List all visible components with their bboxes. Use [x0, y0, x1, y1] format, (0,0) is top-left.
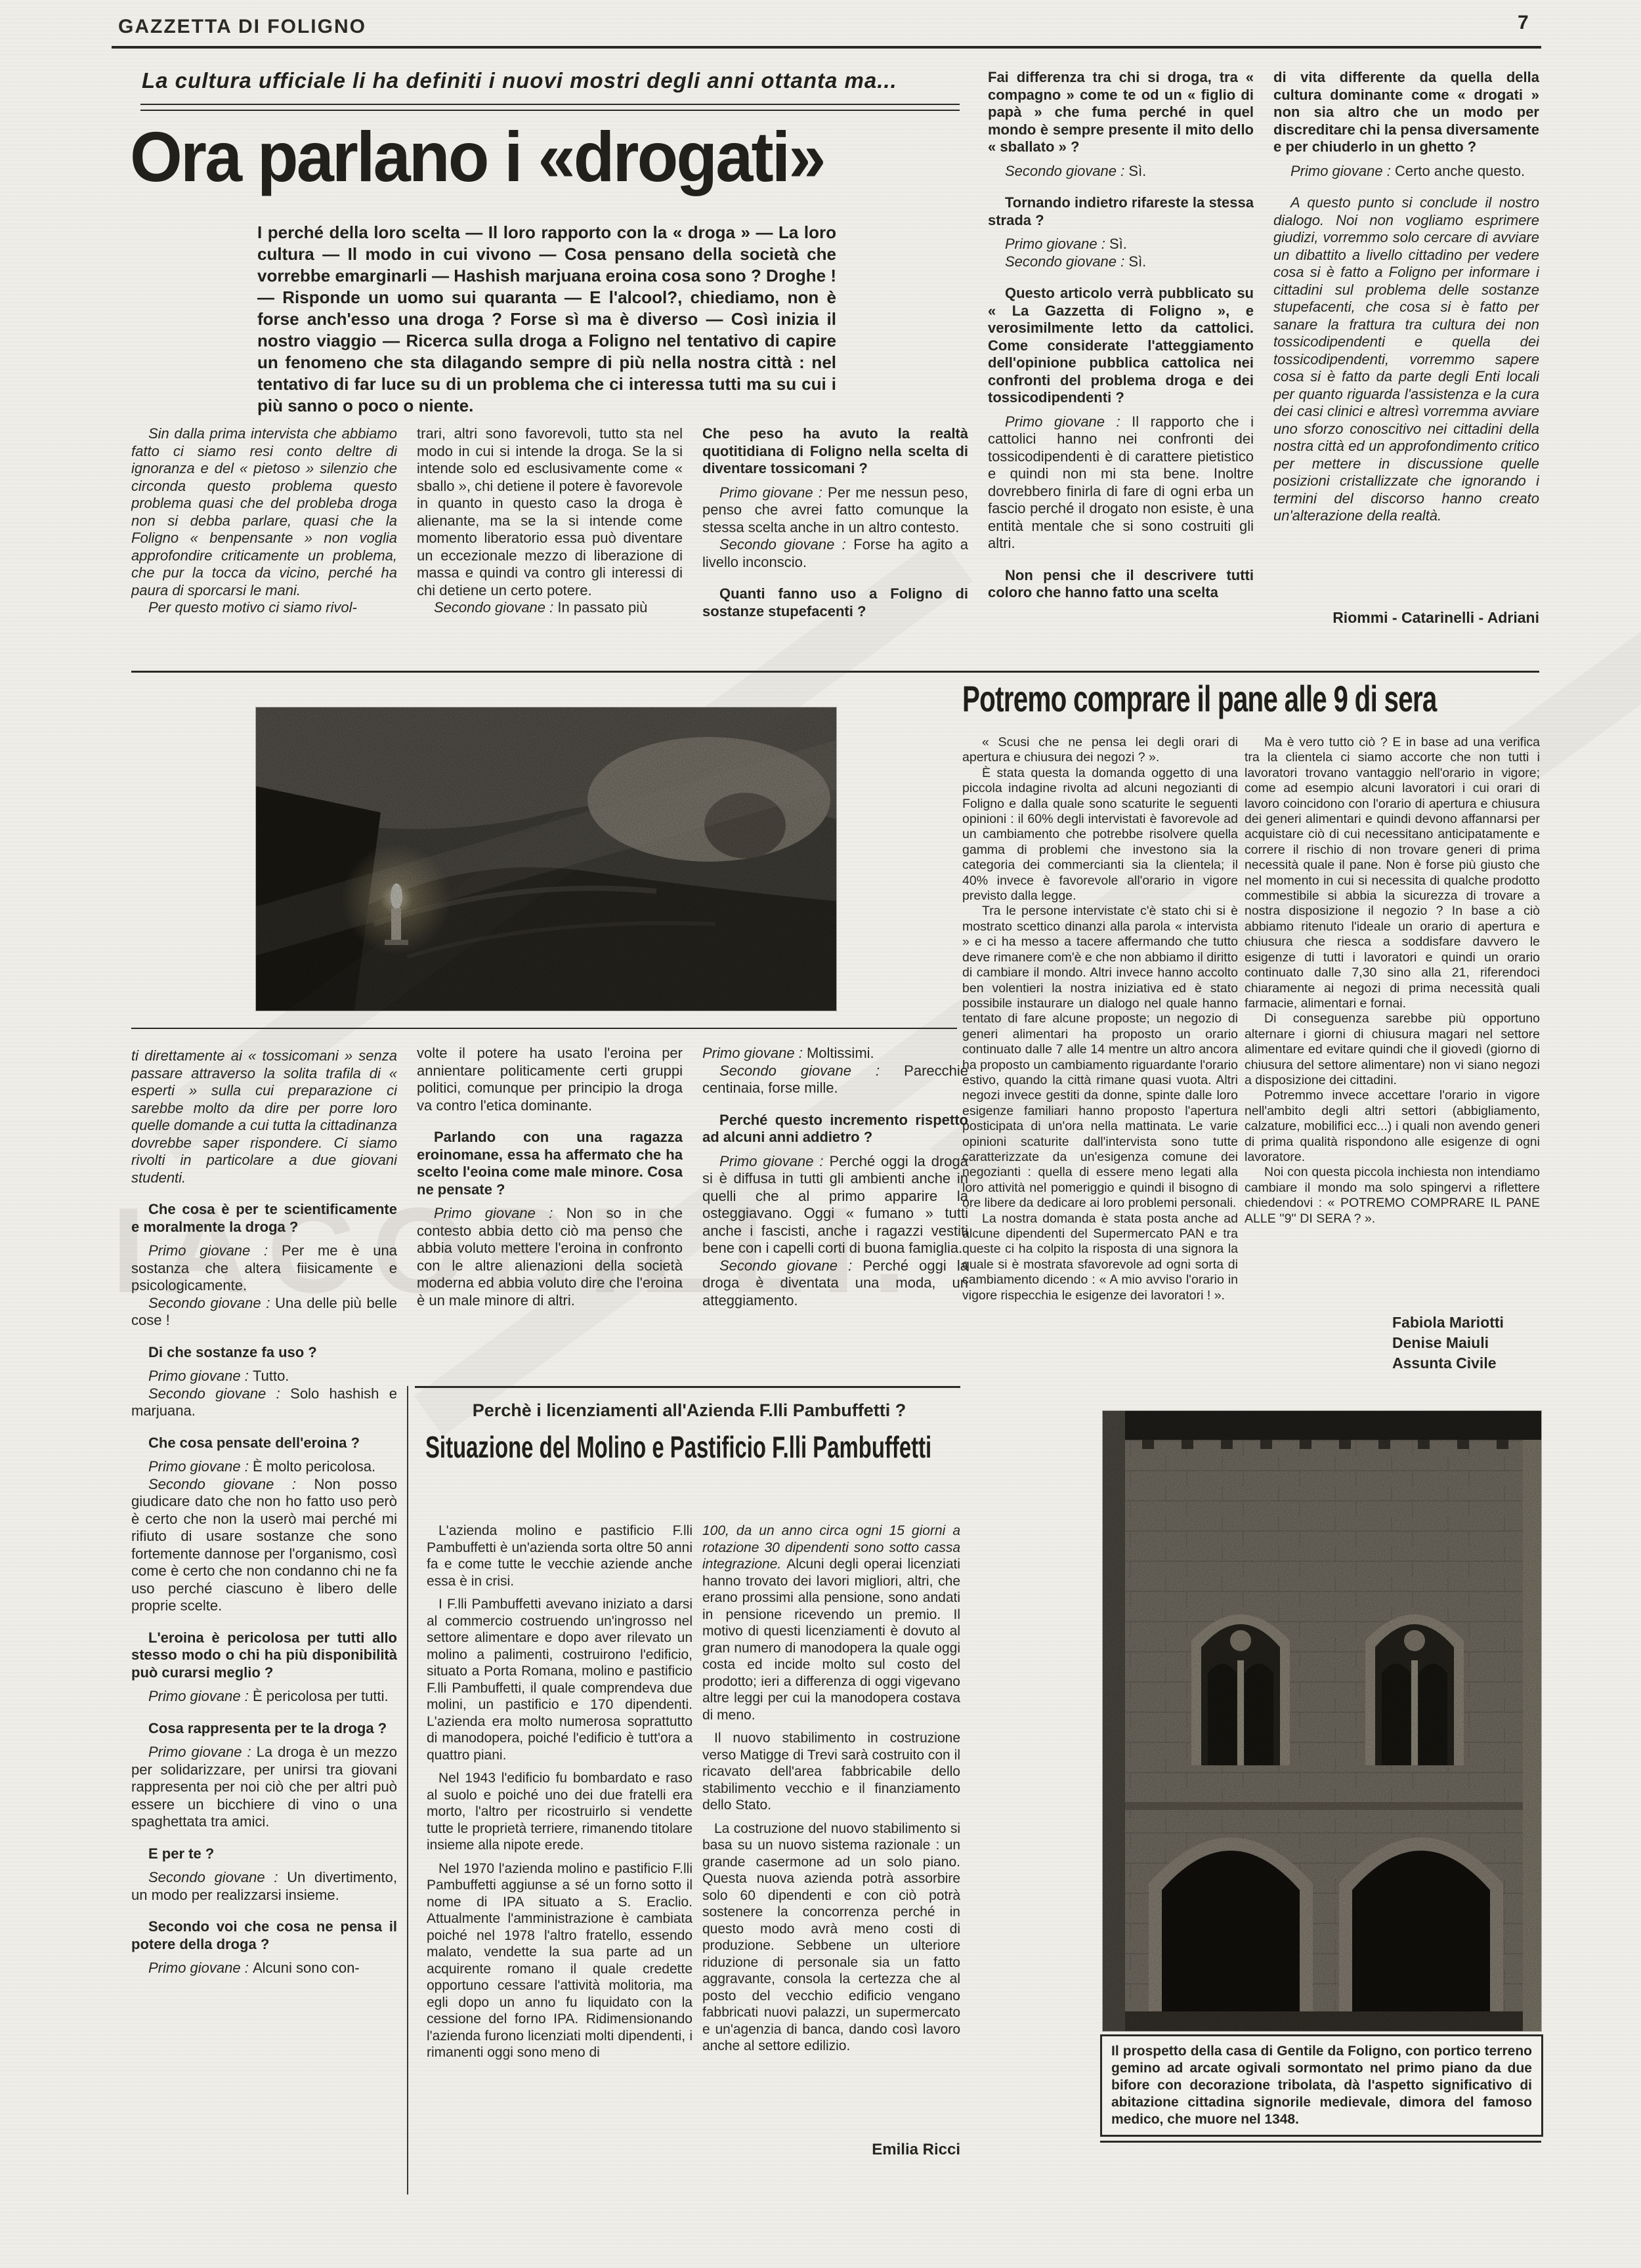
paragraph: Primo giovane :È pericolosa per tutti. [131, 1688, 397, 1706]
mill-left-rule [407, 1386, 408, 2194]
house-photo [1103, 1411, 1541, 2031]
speaker-lead: Primo giovane : [434, 1205, 566, 1221]
paragraph: È stata questa la domanda oggetto di una… [962, 766, 1238, 904]
drug-column-2-top: trari, altri sono favorevoli, tutto sta … [417, 425, 683, 667]
paragraph: Secondo giovane :Solo hashish e marjuana… [131, 1385, 397, 1420]
paragraph: E per te ? [131, 1845, 397, 1863]
speaker-lead: Secondo giovane : [719, 1062, 904, 1079]
house-photo-caption: Il prospetto della casa di Gentile da Fo… [1111, 2043, 1532, 2128]
bread-column-a: « Scusi che ne pensa lei degli orari di … [962, 735, 1238, 1385]
paragraph: I F.lli Pambuffetti avevano iniziato a d… [427, 1596, 693, 1763]
paragraph: Che peso ha avuto la realtà quotitidiana… [702, 425, 968, 478]
paragraph: Per questo motivo ci siamo rivol- [131, 599, 397, 617]
paragraph: Secondo giovane :In passato più [417, 599, 683, 617]
paragraph: Secondo giovane :Non posso giudicare dat… [131, 1476, 397, 1615]
kicker-rule [140, 104, 960, 111]
paragraph: Ma è vero tutto ciò ? E in base ad una v… [1245, 735, 1540, 1011]
signature-name: Fabiola Mariotti [1392, 1312, 1540, 1333]
drug-column-4: Fai differenza tra chi si droga, tra « c… [988, 69, 1254, 666]
drug-column-5: di vita differente da quella della cultu… [1273, 69, 1539, 604]
speaker-lead: Primo giovane : [148, 1458, 253, 1475]
paragraph: Secondo giovane :Perché oggi la droga è … [702, 1257, 968, 1310]
drug-column-1-bottom: ti direttamente ai « tossicomani » senza… [131, 1047, 397, 2171]
speaker-lead: Secondo giovane : [1005, 163, 1128, 179]
paragraph: Primo giovane :Alcuni sono con- [131, 1960, 397, 1977]
speaker-lead: Primo giovane : [148, 1368, 253, 1384]
drug-article-signature: Riommi - Catarinelli - Adriani [1273, 609, 1539, 627]
drug-column-2-bottom: volte il potere ha usato l'eroina per an… [417, 1045, 683, 1383]
paragraph: Secondo giovane :Un divertimento, un mod… [131, 1869, 397, 1904]
bread-article-signatures: Fabiola MariottiDenise MaiuliAssunta Civ… [1245, 1312, 1540, 1374]
mill-article-headline: Situazione del Molino e Pastificio F.lli… [425, 1429, 960, 1465]
paragraph: Primo giovane :Non so in che contesto ab… [417, 1205, 683, 1309]
paragraph: Cosa rappresenta per te la droga ? [131, 1720, 397, 1738]
speaker-lead: Primo giovane : [148, 1744, 257, 1760]
speaker-lead: Secondo giovane : [148, 1385, 290, 1402]
paragraph: Primo giovane :Per me è una sostanza che… [131, 1242, 397, 1295]
signature-name: Assunta Civile [1392, 1353, 1540, 1374]
drug-column-3-top: Che peso ha avuto la realtà quotitidiana… [702, 425, 968, 667]
speaker-lead: Secondo giovane : [719, 536, 853, 553]
paragraph: Sin dalla prima intervista che abbiamo f… [131, 425, 397, 599]
paragraph: Secondo giovane :Una delle più belle cos… [131, 1295, 397, 1330]
paragraph: Che cosa pensate dell'eroina ? [131, 1435, 397, 1452]
paragraph: A questo punto si conclude il nostro dia… [1273, 194, 1539, 525]
newspaper-page: GAZZETTA DI FOLIGNO 7 La cultura ufficia… [0, 0, 1641, 2268]
mill-article-kicker: Perchè i licenziamenti all'Azienda F.lli… [420, 1400, 958, 1421]
speaker-lead: Secondo giovane : [148, 1869, 287, 1885]
paragraph: Primo giovane :È molto pericolosa. [131, 1458, 397, 1476]
speaker-lead: Secondo giovane : [148, 1295, 275, 1311]
header-rule [112, 46, 1541, 49]
paragraph: Questo articolo verrà pubblicato su « La… [988, 285, 1254, 407]
paragraph: La costruzione del nuovo stabilimento si… [702, 1820, 960, 2055]
paragraph: trari, altri sono favorevoli, tutto sta … [417, 425, 683, 599]
section-rule [131, 671, 1539, 673]
speaker-lead: Secondo giovane : [434, 599, 557, 616]
speaker-lead: Secondo giovane : [148, 1476, 314, 1492]
speaker-lead: Primo giovane : [148, 1960, 253, 1976]
paragraph: Fai differenza tra chi si droga, tra « c… [988, 69, 1254, 156]
drug-column-3-bottom: Primo giovane :Moltissimi.Secondo giovan… [702, 1045, 968, 1383]
paragraph: Primo giovane :Perché oggi la droga si è… [702, 1153, 968, 1257]
photo-bottom-rule [131, 1028, 957, 1029]
paragraph: Tornando indietro rifareste la stessa st… [988, 194, 1254, 229]
paragraph: Secondo giovane :Sì. [988, 253, 1254, 271]
paragraph: Parlando con una ragazza eroinomane, ess… [417, 1129, 683, 1198]
paragraph: Nel 1970 l'azienda molino e pastificio F… [427, 1860, 693, 2061]
speaker-lead: Primo giovane : [148, 1688, 253, 1704]
paragraph: Secondo giovane :Forse ha agito a livell… [702, 536, 968, 571]
interview-photo [256, 707, 836, 1011]
speaker-lead: Primo giovane : [1290, 163, 1395, 179]
page-number: 7 [1518, 12, 1529, 34]
paragraph: « Scusi che ne pensa lei degli orari di … [962, 735, 1238, 766]
paragraph: Secondo giovane :Parecchie centinaia, fo… [702, 1062, 968, 1097]
drug-column-1-top: Sin dalla prima intervista che abbiamo f… [131, 425, 397, 667]
speaker-lead: Secondo giovane : [1005, 253, 1128, 270]
paragraph: Perché questo incremento rispetto ad alc… [702, 1112, 968, 1146]
paragraph: Secondo giovane :Sì. [988, 163, 1254, 180]
caption-bottom-rule [1100, 2141, 1541, 2143]
paragraph: Noi con questa piccola inchiesta non int… [1245, 1165, 1540, 1227]
mill-top-rule [415, 1386, 960, 1388]
paragraph: ti direttamente ai « tossicomani » senza… [131, 1047, 397, 1186]
paragraph: Di che sostanze fa uso ? [131, 1344, 397, 1362]
house-photo-caption-box: Il prospetto della casa di Gentile da Fo… [1100, 2034, 1543, 2137]
mill-column-a: L'azienda molino e pastificio F.lli Pamb… [427, 1522, 693, 2198]
paragraph: Non pensi che il descrivere tutti coloro… [988, 567, 1254, 602]
paragraph: volte il potere ha usato l'eroina per an… [417, 1045, 683, 1114]
paragraph: Primo giovane :Sì. [988, 236, 1254, 253]
signature-name: Denise Maiuli [1392, 1333, 1540, 1353]
speaker-lead: Primo giovane : [702, 1045, 807, 1061]
speaker-lead: Primo giovane : [1005, 413, 1132, 430]
speaker-lead: Primo giovane : [1005, 236, 1109, 252]
paragraph: La nostra domanda è stata posta anche ad… [962, 1211, 1238, 1303]
masthead-title: GAZZETTA DI FOLIGNO [118, 16, 366, 38]
paragraph: Che cosa è per te scientificamente e mor… [131, 1201, 397, 1236]
paragraph: Quanti fanno uso a Foligno di sostanze s… [702, 585, 968, 620]
drug-article-kicker: La cultura ufficiale li ha definiti i nu… [142, 68, 962, 93]
speaker-lead: Primo giovane : [148, 1242, 282, 1259]
paragraph: Primo giovane :Moltissimi. [702, 1045, 968, 1062]
speaker-lead: Secondo giovane : [719, 1257, 863, 1274]
paragraph: Primo giovane :Certo anche questo. [1273, 163, 1539, 180]
paragraph: Primo giovane :Tutto. [131, 1368, 397, 1385]
paragraph: Il nuovo stabilimento in costruzione ver… [702, 1730, 960, 1814]
paragraph: Nel 1943 l'edificio fu bombardato e raso… [427, 1770, 693, 1854]
drug-article-headline: Ora parlano i «drogati» [130, 115, 1034, 198]
paragraph: Tra le persone intervistate c'è stato ch… [962, 904, 1238, 1211]
paragraph: Primo giovane :Per me nessun peso, penso… [702, 484, 968, 537]
mill-column-b: 100, da un anno circa ogni 15 giorni a r… [702, 1522, 960, 2136]
paragraph: Potremmo invece accettare l'orario in vi… [1245, 1088, 1540, 1165]
bread-article-headline: Potremo comprare il pane alle 9 di sera [962, 677, 1548, 720]
paragraph: 100, da un anno circa ogni 15 giorni a r… [702, 1522, 960, 1723]
paragraph: Primo giovane :La droga è un mezzo per s… [131, 1744, 397, 1831]
bread-column-b: Ma è vero tutto ciò ? E in base ad una v… [1245, 735, 1540, 1398]
paragraph: L'azienda molino e pastificio F.lli Pamb… [427, 1522, 693, 1589]
speaker-lead: Primo giovane : [719, 1153, 829, 1169]
drug-article-intro: I perché della loro scelta — Il loro rap… [257, 222, 836, 417]
speaker-lead: Primo giovane : [719, 484, 828, 501]
mill-article-signature: Emilia Ricci [702, 2141, 960, 2159]
paragraph: L'eroina è pericolosa per tutti allo ste… [131, 1629, 397, 1682]
paragraph: Di conseguenza sarebbe più opportuno alt… [1245, 1011, 1540, 1088]
paragraph: Secondo voi che cosa ne pensa il potere … [131, 1918, 397, 1953]
paragraph: di vita differente da quella della cultu… [1273, 69, 1539, 156]
paragraph: Primo giovane :Il rapporto che i cattoli… [988, 413, 1254, 553]
